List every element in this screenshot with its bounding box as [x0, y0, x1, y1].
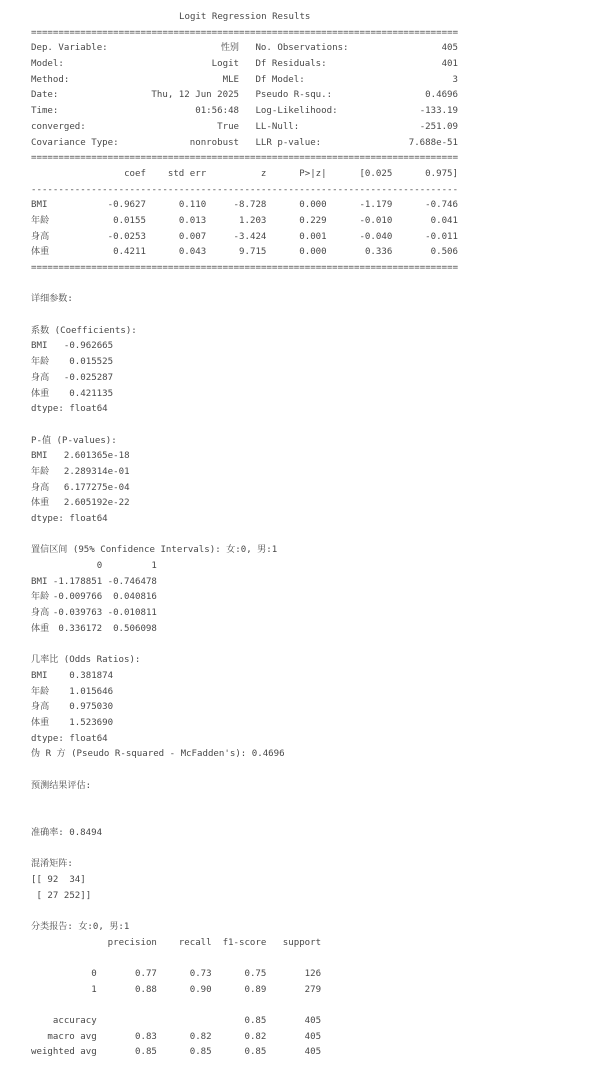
regression-report: Logit Regression Results ===============…	[0, 0, 597, 1075]
report-title: Logit Regression Results	[31, 10, 597, 26]
report-cell: 0.85	[212, 1045, 267, 1061]
report-cell: 405	[266, 1014, 321, 1030]
ci-row: 体重0.3361720.506098	[31, 622, 597, 638]
separator-line: ========================================…	[31, 26, 597, 42]
summary-right-label: No. Observations:	[255, 41, 359, 57]
summary-left-value: nonrobust	[124, 136, 239, 152]
coef-cell: -0.9627	[102, 198, 146, 214]
report-header-row: precisionrecallf1-scoresupport	[31, 936, 597, 952]
detail-params-heading: 详细参数:	[31, 292, 597, 308]
report-cell: 0.90	[157, 983, 212, 999]
summary-left-label: Time:	[31, 104, 124, 120]
coef-row-name: 身高	[31, 230, 102, 246]
series-name: BMI	[31, 339, 64, 355]
summary-left-label: Model:	[31, 57, 124, 73]
series-name: 体重	[31, 716, 64, 732]
summary-row: Time:01:56:48Log-Likelihood:-133.19	[31, 104, 597, 120]
series-name: 身高	[31, 700, 64, 716]
accuracy-line: 准确率: 0.8494	[31, 826, 597, 842]
summary-left-label: converged:	[31, 120, 124, 136]
ci-high-value: -0.010811	[108, 606, 157, 622]
coef-cell: -1.179	[327, 198, 393, 214]
summary-right-label: LLR p-value:	[255, 136, 359, 152]
coef-col-header: 0.975]	[392, 167, 458, 183]
series-name: 年龄	[31, 685, 64, 701]
coefficients-title: 系数 (Coefficients):	[31, 324, 597, 340]
series-name: BMI	[31, 449, 64, 465]
confusion-row: [[ 92 34]	[31, 873, 597, 889]
series-value: 6.177275e-04	[64, 481, 130, 497]
summary-right-label: Pseudo R-squ.:	[255, 88, 359, 104]
dtype-line: dtype: float64	[31, 512, 597, 528]
report-row: macro avg0.830.820.82405	[31, 1030, 597, 1046]
coef-cell: 0.041	[392, 214, 458, 230]
ci-high-value: 0.040816	[108, 590, 157, 606]
dtype-line: dtype: float64	[31, 402, 597, 418]
summary-left-value: True	[124, 120, 239, 136]
coef-cell: -0.010	[327, 214, 393, 230]
series-row: 身高6.177275e-04	[31, 481, 597, 497]
ci-low-value: -0.039763	[53, 606, 102, 622]
report-cell: 405	[266, 1030, 321, 1046]
ci-col-header: 0	[31, 559, 102, 575]
series-value: 0.975030	[64, 700, 113, 716]
report-row-label: 1	[31, 983, 97, 999]
coef-row-name: 体重	[31, 245, 102, 261]
report-row: weighted avg0.850.850.85405	[31, 1045, 597, 1061]
ci-row-name: 体重	[31, 622, 53, 638]
summary-right-label: Df Model:	[255, 73, 359, 89]
summary-row: converged:TrueLL-Null:-251.09	[31, 120, 597, 136]
summary-left-label: Date:	[31, 88, 124, 104]
coef-row-name: BMI	[31, 198, 102, 214]
series-row: 年龄2.289314e-01	[31, 465, 597, 481]
ci-row: 年龄-0.0097660.040816	[31, 590, 597, 606]
series-row: 体重1.523690	[31, 716, 597, 732]
report-cell: 279	[266, 983, 321, 999]
report-cell: 0.88	[97, 983, 157, 999]
series-value: 2.605192e-22	[64, 496, 130, 512]
report-row-label: accuracy	[31, 1014, 97, 1030]
ci-high-value: 0.506098	[108, 622, 157, 638]
series-name: BMI	[31, 669, 64, 685]
report-cell	[97, 1014, 157, 1030]
series-value: 0.421135	[64, 387, 113, 403]
ci-high-value: -0.746478	[108, 575, 157, 591]
report-cell: 0.77	[97, 967, 157, 983]
report-cell: 0.83	[97, 1030, 157, 1046]
coef-cell: -3.424	[206, 230, 266, 246]
summary-right-label: LL-Null:	[255, 120, 359, 136]
report-cell: 0.85	[97, 1045, 157, 1061]
report-col-header: recall	[157, 936, 212, 952]
report-cell: 0.82	[212, 1030, 267, 1046]
report-cell: 0.85	[157, 1045, 212, 1061]
report-col-header: f1-score	[212, 936, 267, 952]
report-row-label: 0	[31, 967, 97, 983]
series-row: 身高0.975030	[31, 700, 597, 716]
series-value: 2.289314e-01	[64, 465, 130, 481]
report-cell: 0.89	[212, 983, 267, 999]
coef-cell: 0.043	[146, 245, 206, 261]
ci-row: BMI-1.178851-0.746478	[31, 575, 597, 591]
series-name: 年龄	[31, 465, 64, 481]
separator-line: ----------------------------------------…	[31, 183, 597, 199]
coef-cell: -0.011	[392, 230, 458, 246]
summary-left-value: MLE	[124, 73, 239, 89]
ci-row-name: 年龄	[31, 590, 53, 606]
summary-left-value: 01:56:48	[124, 104, 239, 120]
report-cell: 0.75	[212, 967, 267, 983]
summary-right-value: 3	[359, 73, 458, 89]
coef-cell: -0.040	[327, 230, 393, 246]
series-row: 年龄1.015646	[31, 685, 597, 701]
coef-cell: 0.506	[392, 245, 458, 261]
classification-report-title: 分类报告: 女:0, 男:1	[31, 920, 597, 936]
coef-cell: 9.715	[206, 245, 266, 261]
coef-cell: 0.000	[266, 245, 326, 261]
coef-cell: 0.229	[266, 214, 326, 230]
coef-cell: 0.007	[146, 230, 206, 246]
conf-intervals-header: 01	[31, 559, 597, 575]
separator-line: ========================================…	[31, 261, 597, 277]
series-name: 身高	[31, 371, 64, 387]
report-cell: 0.82	[157, 1030, 212, 1046]
series-value: -0.962665	[64, 339, 113, 355]
coef-cell: -0.0253	[102, 230, 146, 246]
report-row: accuracy0.85405	[31, 1014, 597, 1030]
series-row: 体重0.421135	[31, 387, 597, 403]
report-cell: 0.73	[157, 967, 212, 983]
series-row: BMI0.381874	[31, 669, 597, 685]
summary-right-value: 401	[359, 57, 458, 73]
pseudo-r2-line: 伪 R 方 (Pseudo R-squared - McFadden's): 0…	[31, 747, 597, 763]
coef-cell: 1.203	[206, 214, 266, 230]
summary-left-value: Logit	[124, 57, 239, 73]
report-row-label: weighted avg	[31, 1045, 97, 1061]
coef-cell: -0.746	[392, 198, 458, 214]
series-row: 年龄0.015525	[31, 355, 597, 371]
summary-right-value: 405	[359, 41, 458, 57]
summary-left-label: Method:	[31, 73, 124, 89]
coef-row: 身高-0.02530.007-3.4240.001-0.040-0.011	[31, 230, 597, 246]
series-row: 身高-0.025287	[31, 371, 597, 387]
ci-row-name: 身高	[31, 606, 53, 622]
ci-row: 身高-0.039763-0.010811	[31, 606, 597, 622]
series-value: -0.025287	[64, 371, 113, 387]
coef-table-header: coefstd errzP>|z|[0.0250.975]	[31, 167, 597, 183]
coef-cell: 0.110	[146, 198, 206, 214]
coef-cell: 0.0155	[102, 214, 146, 230]
summary-right-label: Df Residuals:	[255, 57, 359, 73]
summary-right-value: -251.09	[359, 120, 458, 136]
report-row: 10.880.900.89279	[31, 983, 597, 999]
summary-left-label: Covariance Type:	[31, 136, 124, 152]
summary-row: Date:Thu, 12 Jun 2025Pseudo R-squ.:0.469…	[31, 88, 597, 104]
separator-line: ========================================…	[31, 151, 597, 167]
series-name: 体重	[31, 387, 64, 403]
report-row-label: macro avg	[31, 1030, 97, 1046]
ci-col-header: 1	[102, 559, 157, 575]
series-value: 1.523690	[64, 716, 113, 732]
summary-right-value: 0.4696	[359, 88, 458, 104]
report-col-header: precision	[97, 936, 157, 952]
coef-row: BMI-0.96270.110-8.7280.000-1.179-0.746	[31, 198, 597, 214]
report-col-header: support	[266, 936, 321, 952]
coef-col-header: P>|z|	[266, 167, 326, 183]
summary-left-label: Dep. Variable:	[31, 41, 124, 57]
series-value: 0.381874	[64, 669, 113, 685]
summary-row: Dep. Variable:性别No. Observations:405	[31, 41, 597, 57]
ci-low-value: -0.009766	[53, 590, 102, 606]
series-name: 体重	[31, 496, 64, 512]
coef-col-header: std err	[146, 167, 206, 183]
coef-cell: -8.728	[206, 198, 266, 214]
confusion-row: [ 27 252]]	[31, 889, 597, 905]
series-name: 身高	[31, 481, 64, 497]
report-cell: 126	[266, 967, 321, 983]
evaluation-heading: 预测结果评估:	[31, 779, 597, 795]
coef-cell: 0.001	[266, 230, 326, 246]
coef-cell: 0.013	[146, 214, 206, 230]
odds-ratios-title: 几率比 (Odds Ratios):	[31, 653, 597, 669]
series-value: 1.015646	[64, 685, 113, 701]
summary-right-value: 7.688e-51	[359, 136, 458, 152]
series-row: 体重2.605192e-22	[31, 496, 597, 512]
coef-row: 体重0.42110.0439.7150.0000.3360.506	[31, 245, 597, 261]
conf-intervals-title: 置信区间 (95% Confidence Intervals): 女:0, 男:…	[31, 543, 597, 559]
ci-low-value: -1.178851	[53, 575, 102, 591]
series-value: 2.601365e-18	[64, 449, 130, 465]
summary-row: Covariance Type:nonrobustLLR p-value:7.6…	[31, 136, 597, 152]
summary-right-label: Log-Likelihood:	[255, 104, 359, 120]
series-value: 0.015525	[64, 355, 113, 371]
coef-col-header: [0.025	[327, 167, 393, 183]
confusion-title: 混淆矩阵:	[31, 857, 597, 873]
summary-right-value: -133.19	[359, 104, 458, 120]
dtype-line: dtype: float64	[31, 732, 597, 748]
coef-cell: 0.000	[266, 198, 326, 214]
ci-row-name: BMI	[31, 575, 53, 591]
report-cell: 405	[266, 1045, 321, 1061]
report-row: 00.770.730.75126	[31, 967, 597, 983]
coef-col-header: z	[206, 167, 266, 183]
report-cell: 0.85	[212, 1014, 267, 1030]
report-cell	[157, 1014, 212, 1030]
coef-row: 年龄0.01550.0131.2030.229-0.0100.041	[31, 214, 597, 230]
summary-left-value: Thu, 12 Jun 2025	[124, 88, 239, 104]
summary-left-value: 性别	[124, 41, 239, 57]
summary-row: Model:LogitDf Residuals:401	[31, 57, 597, 73]
series-row: BMI-0.962665	[31, 339, 597, 355]
coef-row-name: 年龄	[31, 214, 102, 230]
coef-cell: 0.336	[327, 245, 393, 261]
series-row: BMI2.601365e-18	[31, 449, 597, 465]
pvalues-title: P-值 (P-values):	[31, 434, 597, 450]
ci-low-value: 0.336172	[53, 622, 102, 638]
coef-col-header: coef	[102, 167, 146, 183]
coef-cell: 0.4211	[102, 245, 146, 261]
series-name: 年龄	[31, 355, 64, 371]
summary-row: Method:MLEDf Model:3	[31, 73, 597, 89]
